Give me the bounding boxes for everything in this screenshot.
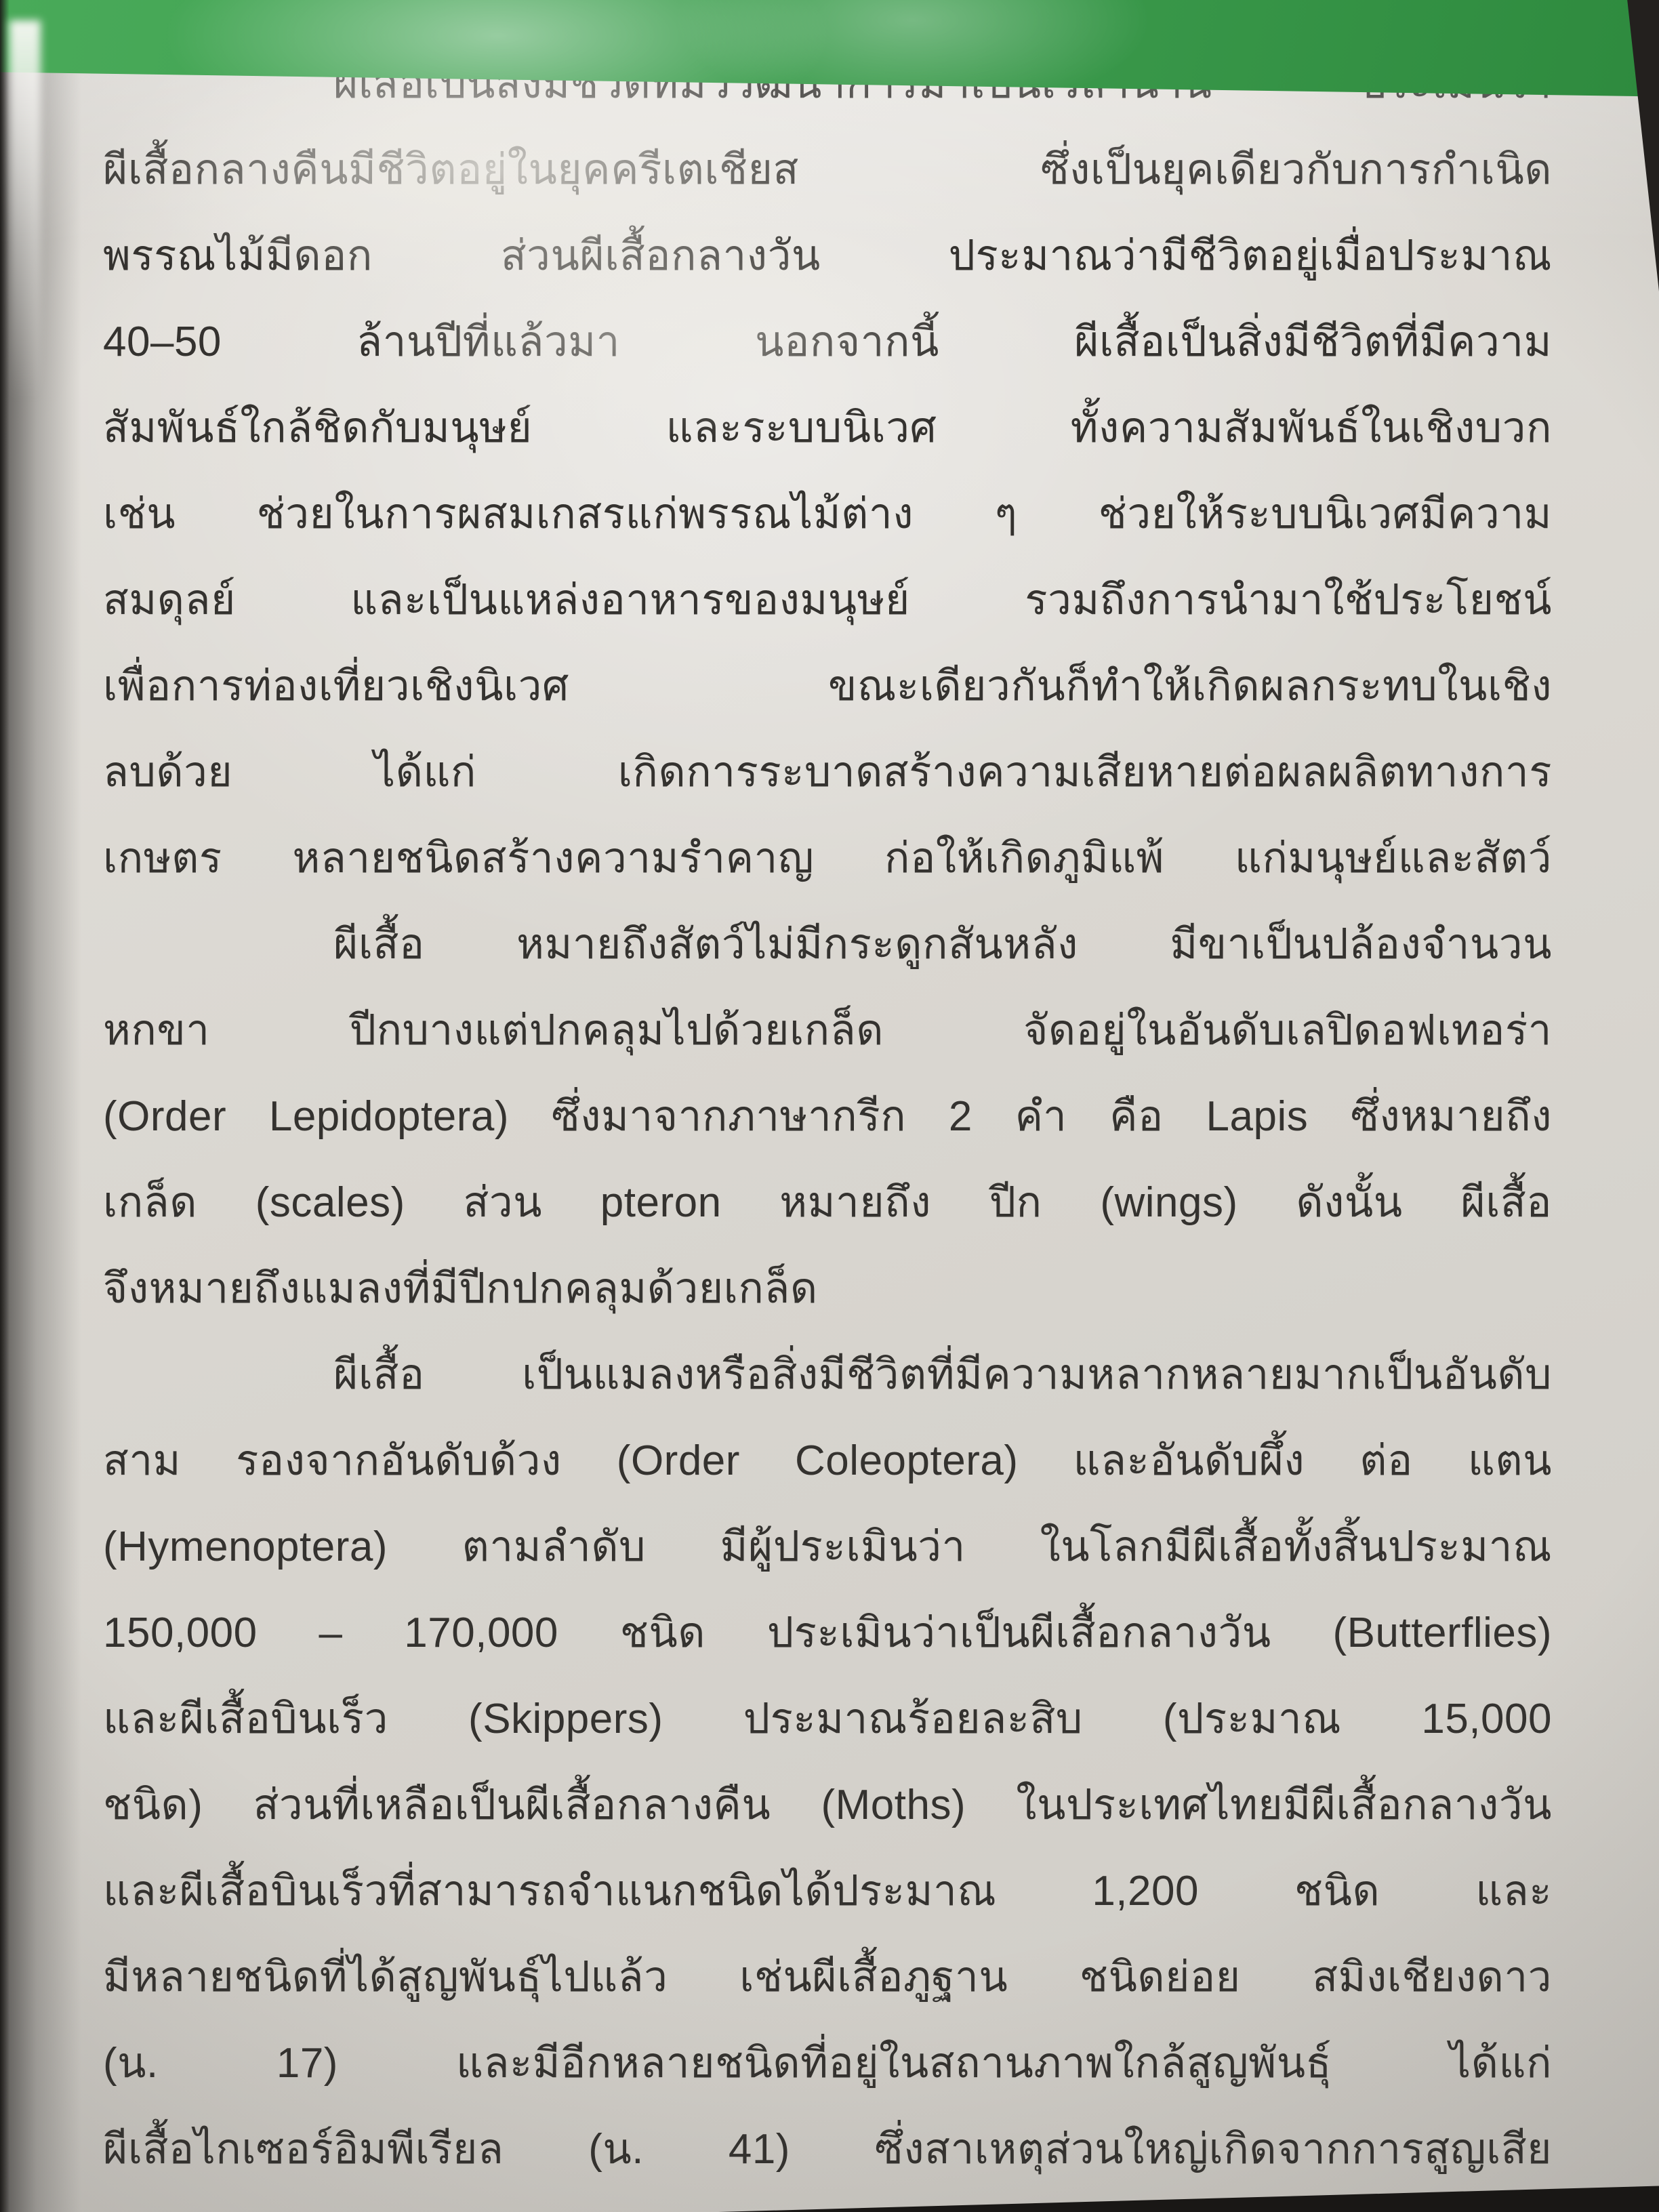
book-page-photo: ผีเสื้อเป็นสิ่งมีชีวิตที่มีวิวัฒนาการมาเ… — [0, 0, 1659, 2212]
text-line: และผีเสื้อบินเร็ว (Skippers) ประมาณร้อยล… — [103, 1676, 1552, 1762]
text-line: (น. 17) และมีอีกหลายชนิดที่อยู่ในสถานภาพ… — [103, 2020, 1552, 2106]
text-line: ผีเสื้อกลางคืนมีชีวิตอยู่ในยุคครีเตเชียส… — [103, 127, 1552, 213]
body-text: ผีเสื้อเป็นสิ่งมีชีวิตที่มีวิวัฒนาการมาเ… — [103, 41, 1552, 2192]
text-line: เกล็ด (scales) ส่วน pteron หมายถึง ปีก (… — [103, 1160, 1552, 1246]
page-curl-highlight — [9, 20, 41, 400]
text-line: จึงหมายถึงแมลงที่มีปีกปกคลุมด้วยเกล็ด — [103, 1246, 1552, 1332]
text-line: สัมพันธ์ใกล้ชิดกับมนุษย์ และระบบนิเวศ ทั… — [103, 385, 1552, 471]
text-line: สาม รองจากอันดับด้วง (Order Coleoptera) … — [103, 1418, 1552, 1504]
text-line: เพื่อการท่องเที่ยวเชิงนิเวศ ขณะเดียวกันก… — [103, 643, 1552, 729]
text-line: เช่น ช่วยในการผสมเกสรแก่พรรณไม้ต่าง ๆ ช่… — [103, 471, 1552, 557]
text-line: 150,000 – 170,000 ชนิด ประเมินว่าเป็นผีเ… — [103, 1590, 1552, 1676]
text-line: ลบด้วย ได้แก่ เกิดการระบาดสร้างความเสียห… — [103, 729, 1552, 815]
text-line: มีหลายชนิดที่ได้สูญพันธุ์ไปแล้ว เช่นผีเส… — [103, 1934, 1552, 2020]
text-line: สมดุลย์ และเป็นแหล่งอาหารของมนุษย์ รวมถึ… — [103, 557, 1552, 643]
text-line: ผีเสื้อ หมายถึงสัตว์ไม่มีกระดูกสันหลัง ม… — [103, 901, 1552, 987]
text-line: ชนิด) ส่วนที่เหลือเป็นผีเสื้อกลางคืน (Mo… — [103, 1762, 1552, 1848]
text-line: 40–50 ล้านปีที่แล้วมา นอกจากนี้ ผีเสื้อเ… — [103, 299, 1552, 385]
page-left-edge — [0, 0, 9, 2212]
text-line: และผีเสื้อบินเร็วที่สามารถจำแนกชนิดได้ปร… — [103, 1848, 1552, 1934]
text-line: หกขา ปีกบางแต่ปกคลุมไปด้วยเกล็ด จัดอยู่ใ… — [103, 987, 1552, 1073]
text-line: (Hymenoptera) ตามลำดับ มีผู้ประเมินว่า ใ… — [103, 1504, 1552, 1590]
text-line: ผีเสื้อไกเซอร์อิมพีเรียล (น. 41) ซึ่งสาเ… — [103, 2106, 1552, 2192]
text-line: ผีเสื้อ เป็นแมลงหรือสิ่งมีชีวิตที่มีความ… — [103, 1332, 1552, 1418]
text-line: เกษตร หลายชนิดสร้างความรำคาญ ก่อให้เกิดภ… — [103, 815, 1552, 901]
text-line: พรรณไม้มีดอก ส่วนผีเสื้อกลางวัน ประมาณว่… — [103, 213, 1552, 299]
text-line: (Order Lepidoptera) ซึ่งมาจากภาษากรีก 2 … — [103, 1073, 1552, 1160]
